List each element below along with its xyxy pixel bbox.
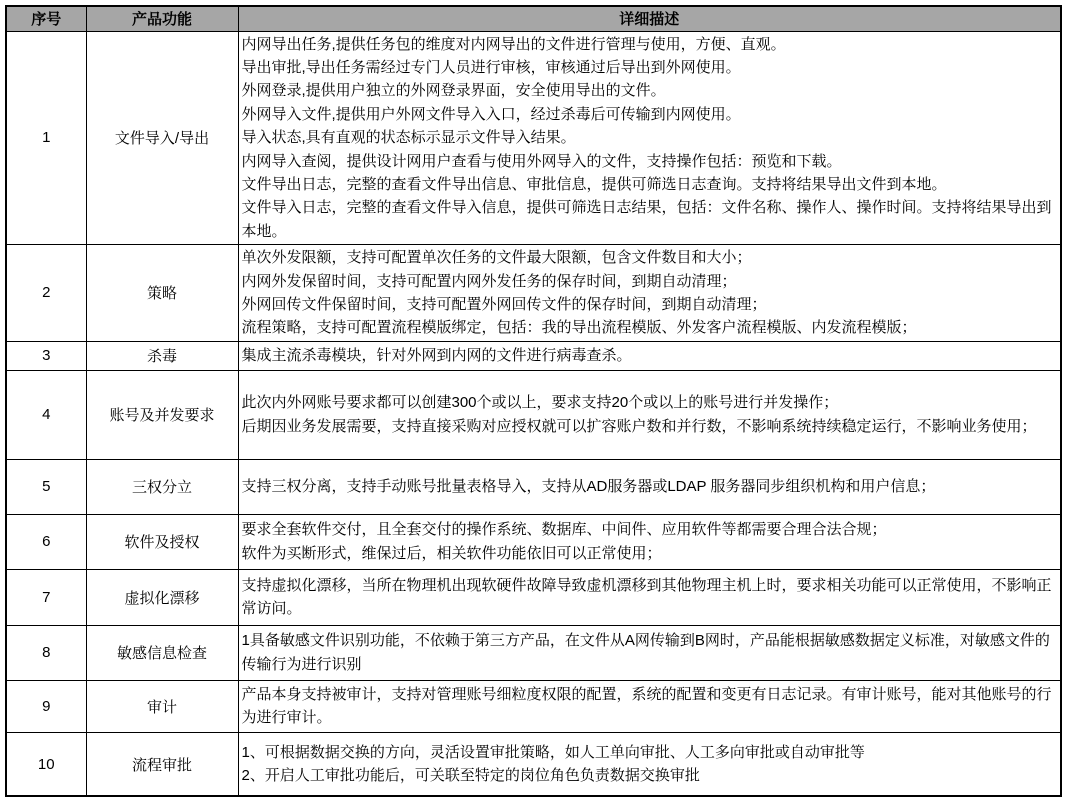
table-row: 2策略单次外发限额，支持可配置单次任务的文件最大限额，包含文件数目和大小；内网外… <box>6 245 1061 342</box>
table-row: 8敏感信息检查1具备敏感文件识别功能，不依赖于第三方产品，在文件从A网传输到B网… <box>6 625 1061 680</box>
header-details: 详细描述 <box>238 6 1061 31</box>
detail-line: 内网导入查阅，提供设计网用户查看与使用外网导入的文件，支持操作包括：预览和下载。 <box>242 150 1057 173</box>
feature-name-cell: 流程审批 <box>86 732 238 796</box>
table-row: 5三权分立支持三权分离，支持手动账号批量表格导入，支持从AD服务器或LDAP 服… <box>6 459 1061 514</box>
detail-line: 2、开启人工审批功能后，可关联至特定的岗位角色负责数据交换审批 <box>242 764 1057 787</box>
table-body: 1文件导入/导出内网导出任务,提供任务包的维度对内网导出的文件进行管理与使用，方… <box>6 31 1061 796</box>
details-cell: 1、可根据数据交换的方向，灵活设置审批策略，如人工单向审批、人工多向审批或自动审… <box>238 732 1061 796</box>
detail-line: 内网外发保留时间，支持可配置内网外发任务的保存时间，到期自动清理； <box>242 270 1057 293</box>
row-number-cell: 8 <box>6 625 86 680</box>
detail-line: 导出审批,导出任务需经过专门人员进行审核，审核通过后导出到外网使用。 <box>242 56 1057 79</box>
feature-name-cell: 策略 <box>86 245 238 342</box>
row-number-cell: 1 <box>6 31 86 245</box>
table-row: 9审计产品本身支持被审计，支持对管理账号细粒度权限的配置，系统的配置和变更有日志… <box>6 680 1061 732</box>
row-number-cell: 4 <box>6 370 86 459</box>
detail-line: 流程策略，支持可配置流程模版绑定，包括：我的导出流程模版、外发客户流程模版、内发… <box>242 316 1057 339</box>
detail-line: 内网导出任务,提供任务包的维度对内网导出的文件进行管理与使用，方便、直观。 <box>242 33 1057 56</box>
feature-name-cell: 文件导入/导出 <box>86 31 238 245</box>
row-number-cell: 7 <box>6 569 86 625</box>
detail-line: 外网回传文件保留时间，支持可配置外网回传文件的保存时间，到期自动清理； <box>242 293 1057 316</box>
detail-line: 外网导入文件,提供用户外网文件导入入口，经过杀毒后可传输到内网使用。 <box>242 103 1057 126</box>
detail-line: 集成主流杀毒模块，针对外网到内网的文件进行病毒查杀。 <box>242 344 1057 367</box>
detail-line: 产品本身支持被审计，支持对管理账号细粒度权限的配置，系统的配置和变更有日志记录。… <box>242 683 1057 730</box>
detail-line: 文件导出日志，完整的查看文件导出信息、审批信息，提供可筛选日志查询。支持将结果导… <box>242 173 1057 196</box>
details-cell: 产品本身支持被审计，支持对管理账号细粒度权限的配置，系统的配置和变更有日志记录。… <box>238 680 1061 732</box>
table-header: 序号 产品功能 详细描述 <box>6 6 1061 31</box>
details-cell: 要求全套软件交付，且全套交付的操作系统、数据库、中间件、应用软件等都需要合理合法… <box>238 514 1061 569</box>
table-row: 6软件及授权要求全套软件交付，且全套交付的操作系统、数据库、中间件、应用软件等都… <box>6 514 1061 569</box>
details-cell: 集成主流杀毒模块，针对外网到内网的文件进行病毒查杀。 <box>238 341 1061 370</box>
detail-line: 文件导入日志，完整的查看文件导入信息，提供可筛选日志结果，包括：文件名称、操作人… <box>242 196 1057 243</box>
detail-line: 导入状态,具有直观的状态标示显示文件导入结果。 <box>242 126 1057 149</box>
table-row: 3杀毒集成主流杀毒模块，针对外网到内网的文件进行病毒查杀。 <box>6 341 1061 370</box>
details-cell: 此次内外网账号要求都可以创建300个或以上，要求支持20个或以上的账号进行并发操… <box>238 370 1061 459</box>
detail-line: 单次外发限额，支持可配置单次任务的文件最大限额，包含文件数目和大小； <box>242 246 1057 269</box>
feature-name-cell: 账号及并发要求 <box>86 370 238 459</box>
product-feature-table: 序号 产品功能 详细描述 1文件导入/导出内网导出任务,提供任务包的维度对内网导… <box>5 5 1062 797</box>
detail-line: 1具备敏感文件识别功能，不依赖于第三方产品，在文件从A网传输到B网时，产品能根据… <box>242 629 1057 676</box>
details-cell: 1具备敏感文件识别功能，不依赖于第三方产品，在文件从A网传输到B网时，产品能根据… <box>238 625 1061 680</box>
row-number-cell: 6 <box>6 514 86 569</box>
detail-line: 外网登录,提供用户独立的外网登录界面，安全使用导出的文件。 <box>242 79 1057 102</box>
feature-name-cell: 虚拟化漂移 <box>86 569 238 625</box>
document-sheet: 序号 产品功能 详细描述 1文件导入/导出内网导出任务,提供任务包的维度对内网导… <box>0 0 1065 800</box>
feature-name-cell: 敏感信息检查 <box>86 625 238 680</box>
table-row: 10流程审批1、可根据数据交换的方向，灵活设置审批策略，如人工单向审批、人工多向… <box>6 732 1061 796</box>
row-number-cell: 10 <box>6 732 86 796</box>
detail-line: 支持虚拟化漂移，当所在物理机出现软硬件故障导致虚机漂移到其他物理主机上时，要求相… <box>242 574 1057 621</box>
header-feature: 产品功能 <box>86 6 238 31</box>
details-cell: 支持三权分离，支持手动账号批量表格导入，支持从AD服务器或LDAP 服务器同步组… <box>238 459 1061 514</box>
details-cell: 内网导出任务,提供任务包的维度对内网导出的文件进行管理与使用，方便、直观。导出审… <box>238 31 1061 245</box>
row-number-cell: 3 <box>6 341 86 370</box>
feature-name-cell: 软件及授权 <box>86 514 238 569</box>
row-number-cell: 9 <box>6 680 86 732</box>
detail-line: 要求全套软件交付，且全套交付的操作系统、数据库、中间件、应用软件等都需要合理合法… <box>242 518 1057 541</box>
detail-line: 此次内外网账号要求都可以创建300个或以上，要求支持20个或以上的账号进行并发操… <box>242 391 1057 414</box>
feature-name-cell: 三权分立 <box>86 459 238 514</box>
header-index: 序号 <box>6 6 86 31</box>
table-row: 7虚拟化漂移支持虚拟化漂移，当所在物理机出现软硬件故障导致虚机漂移到其他物理主机… <box>6 569 1061 625</box>
details-cell: 支持虚拟化漂移，当所在物理机出现软硬件故障导致虚机漂移到其他物理主机上时，要求相… <box>238 569 1061 625</box>
row-number-cell: 2 <box>6 245 86 342</box>
detail-line: 软件为买断形式，维保过后，相关软件功能依旧可以正常使用； <box>242 542 1057 565</box>
header-row: 序号 产品功能 详细描述 <box>6 6 1061 31</box>
detail-line: 后期因业务发展需要，支持直接采购对应授权就可以扩容账户数和并行数，不影响系统持续… <box>242 415 1057 438</box>
table-row: 4账号及并发要求此次内外网账号要求都可以创建300个或以上，要求支持20个或以上… <box>6 370 1061 459</box>
feature-name-cell: 杀毒 <box>86 341 238 370</box>
feature-name-cell: 审计 <box>86 680 238 732</box>
table-row: 1文件导入/导出内网导出任务,提供任务包的维度对内网导出的文件进行管理与使用，方… <box>6 31 1061 245</box>
detail-line: 支持三权分离，支持手动账号批量表格导入，支持从AD服务器或LDAP 服务器同步组… <box>242 475 1057 498</box>
details-cell: 单次外发限额，支持可配置单次任务的文件最大限额，包含文件数目和大小；内网外发保留… <box>238 245 1061 342</box>
row-number-cell: 5 <box>6 459 86 514</box>
detail-line: 1、可根据数据交换的方向，灵活设置审批策略，如人工单向审批、人工多向审批或自动审… <box>242 741 1057 764</box>
